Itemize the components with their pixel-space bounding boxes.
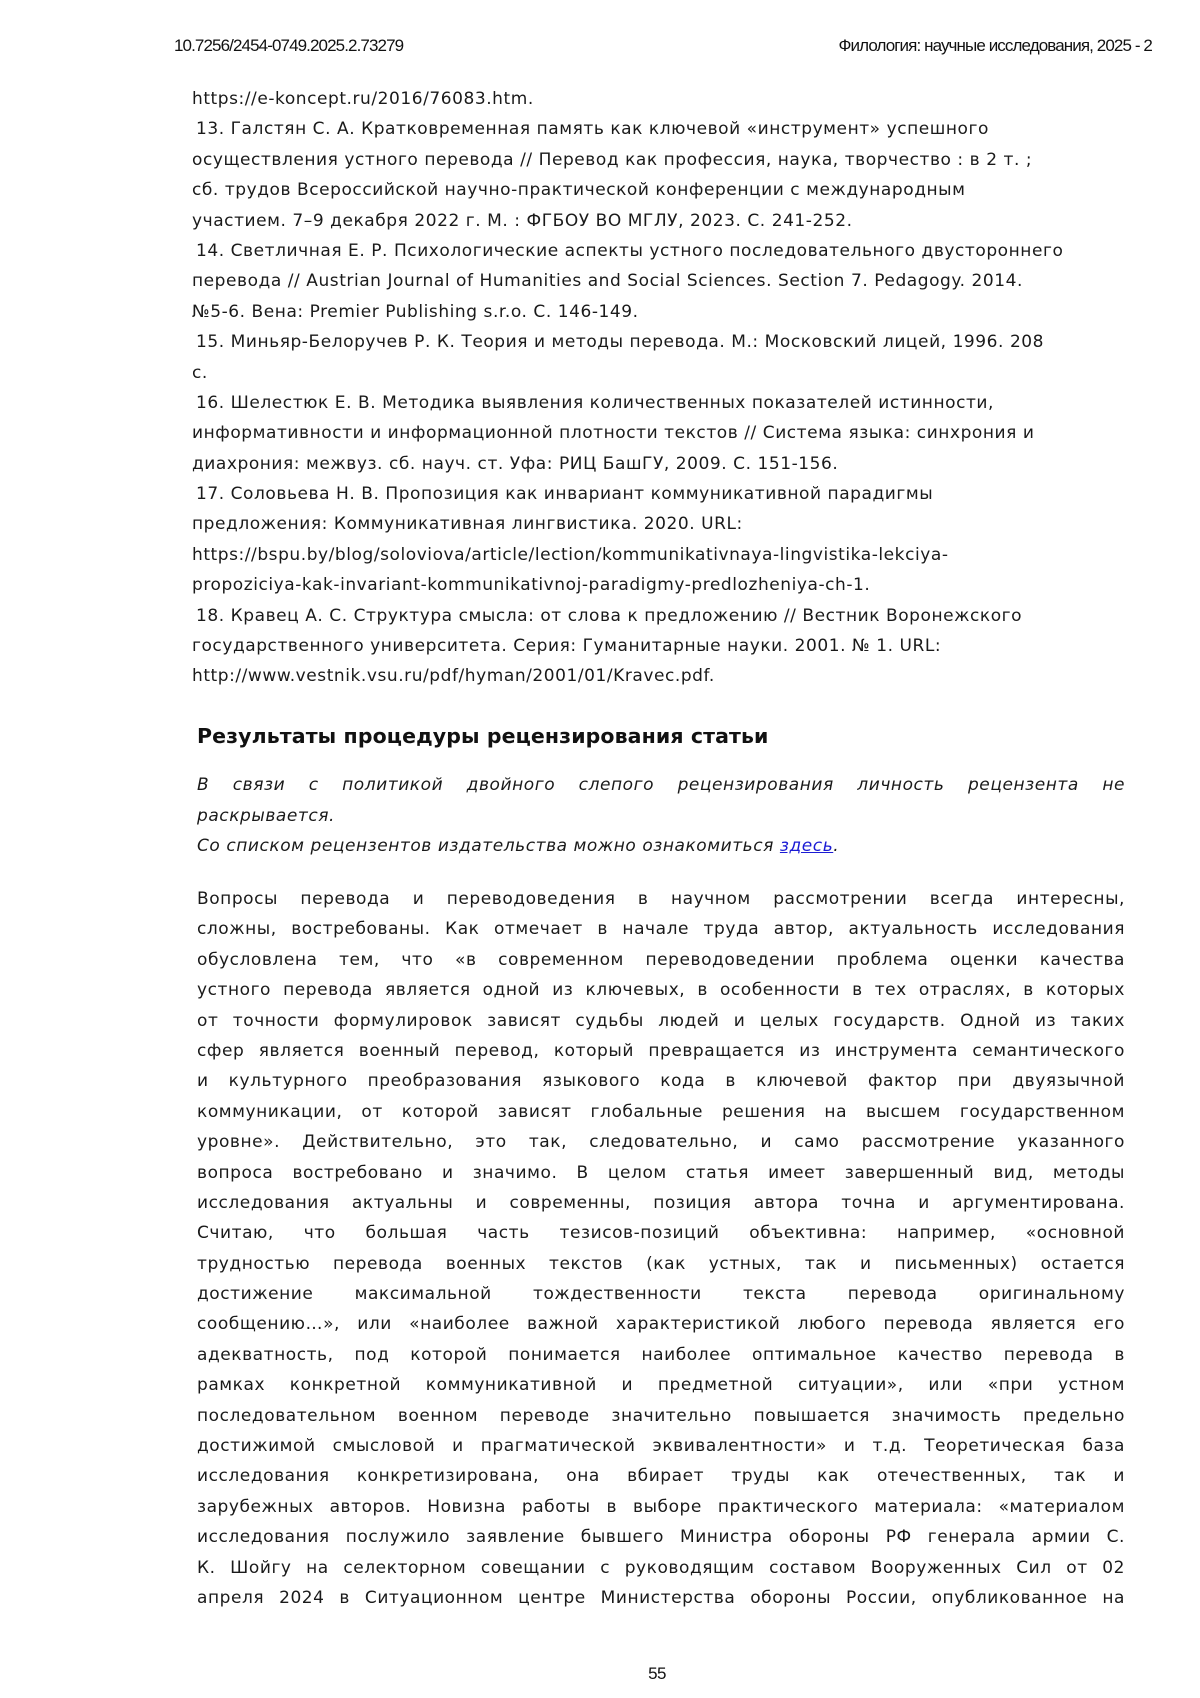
paragraph-line: сфер является военный перевод, который п…	[197, 1036, 1125, 1066]
reference-line: сб. трудов Всероссийской научно-практиче…	[192, 175, 1132, 205]
paragraph-line: исследования послужило заявление бывшего…	[197, 1522, 1125, 1552]
reference-line: осуществления устного перевода // Перево…	[192, 145, 1132, 175]
paragraph-line: устного перевода является одной из ключе…	[197, 975, 1125, 1005]
reference-item-start: 13. Галстян С. А. Кратковременная память…	[192, 114, 1132, 144]
reference-line: государственного университета. Серия: Гу…	[192, 631, 1132, 661]
reference-item-start: 17. Соловьева Н. В. Пропозиция как инвар…	[192, 479, 1132, 509]
reviewers-link[interactable]: здесь	[780, 836, 833, 856]
paragraph-line: Вопросы перевода и переводоведения в нау…	[197, 884, 1125, 914]
paragraph-line: от точности формулировок зависят судьбы …	[197, 1006, 1125, 1036]
paragraph-line: достижимой смысловой и прагматической эк…	[197, 1431, 1125, 1461]
reference-line: №5-6. Вена: Premier Publishing s.r.o. С.…	[192, 297, 1132, 327]
paragraph-line: исследования конкретизирована, она вбира…	[197, 1461, 1125, 1491]
reference-line: участием. 7–9 декабря 2022 г. М. : ФГБОУ…	[192, 206, 1132, 236]
doi-label: 10.7256/2454-0749.2025.2.73279	[174, 36, 403, 56]
paragraph-line: сложны, востребованы. Как отмечает в нач…	[197, 914, 1125, 944]
paragraph-line: рамках конкретной коммуникативной и пред…	[197, 1370, 1125, 1400]
reviewers-text: Со списком рецензентов издательства можн…	[197, 836, 780, 856]
paragraph-line: адекватность, под которой понимается наи…	[197, 1340, 1125, 1370]
reference-item-start: 14. Светличная Е. Р. Психологические асп…	[192, 236, 1132, 266]
journal-title: Филология: научные исследования, 2025 - …	[838, 36, 1152, 56]
paragraph-line: последовательном военном переводе значит…	[197, 1401, 1125, 1431]
review-body: Вопросы перевода и переводоведения в нау…	[197, 884, 1125, 1613]
paragraph-line: коммуникации, от которой зависят глобаль…	[197, 1097, 1125, 1127]
reference-line: propoziciya-kak-invariant-kommunikativno…	[192, 570, 1132, 600]
paragraph-line: уровне». Действительно, это так, следова…	[197, 1127, 1125, 1157]
paragraph-line: апреля 2024 в Ситуационном центре Минист…	[197, 1583, 1125, 1613]
paragraph-line: обусловлена тем, что «в современном пере…	[197, 945, 1125, 975]
reference-line: с.	[192, 358, 1132, 388]
reference-item-start: 16. Шелестюк Е. В. Методика выявления ко…	[192, 388, 1132, 418]
reference-line: перевода // Austrian Journal of Humaniti…	[192, 266, 1132, 296]
reference-line: https://bspu.by/blog/soloviova/article/l…	[192, 540, 1132, 570]
reviewers-line: Со списком рецензентов издательства можн…	[197, 831, 1125, 862]
reference-line: информативности и информационной плотнос…	[192, 418, 1132, 448]
reference-item-start: 18. Кравец А. С. Структура смысла: от сл…	[192, 601, 1132, 631]
paragraph-line: К. Шойгу на селекторном совещании с руко…	[197, 1553, 1125, 1583]
section-heading: Результаты процедуры рецензирования стат…	[197, 724, 769, 748]
review-note-line: раскрывается.	[197, 801, 1125, 832]
paragraph-line: достижение максимальной тождественности …	[197, 1279, 1125, 1309]
reviewers-suffix: .	[833, 836, 839, 856]
paragraph-line: вопроса востребовано и значимо. В целом …	[197, 1158, 1125, 1188]
reference-list: https://e-koncept.ru/2016/76083.htm.13. …	[192, 84, 1132, 692]
review-note-line: В связи с политикой двойного слепого рец…	[197, 770, 1125, 801]
reference-line: диахрония: межвуз. сб. науч. ст. Уфа: РИ…	[192, 449, 1132, 479]
reference-line: предложения: Коммуникативная лингвистика…	[192, 509, 1132, 539]
paragraph-line: и культурного преобразования языкового к…	[197, 1066, 1125, 1096]
paragraph-line: зарубежных авторов. Новизна работы в выб…	[197, 1492, 1125, 1522]
reference-item-start: 15. Миньяр-Белоручев Р. К. Теория и мето…	[192, 327, 1132, 357]
paragraph-line: сообщению…», или «наиболее важной характ…	[197, 1309, 1125, 1339]
review-policy-note: В связи с политикой двойного слепого рец…	[197, 770, 1125, 862]
reference-line: https://e-koncept.ru/2016/76083.htm.	[192, 84, 1132, 114]
paragraph-line: Считаю, что большая часть тезисов-позици…	[197, 1218, 1125, 1248]
paragraph-line: исследования актуальны и современны, поз…	[197, 1188, 1125, 1218]
page-number: 55	[0, 1664, 1200, 1684]
reference-line: http://www.vestnik.vsu.ru/pdf/hyman/2001…	[192, 661, 1132, 691]
paragraph-line: трудностью перевода военных текстов (как…	[197, 1249, 1125, 1279]
running-header: 10.7256/2454-0749.2025.2.73279 Филология…	[174, 36, 1152, 60]
